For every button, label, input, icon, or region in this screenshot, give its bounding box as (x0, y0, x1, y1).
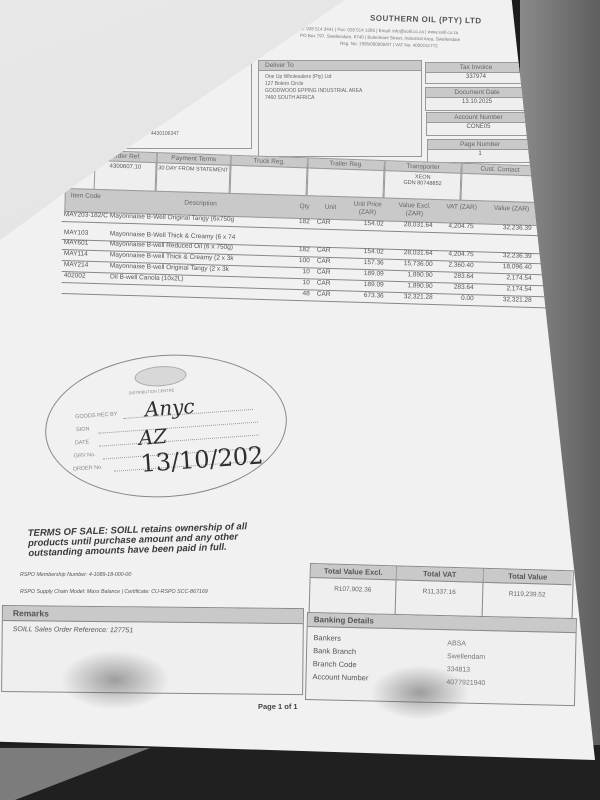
cell-vat: 283.64 (434, 272, 474, 280)
cell-value: 32,236.39 (480, 223, 532, 232)
cell-qty: 182 (288, 218, 310, 226)
cust-contact-header: Cust. Contact (462, 164, 537, 177)
cell-unit: CAR (317, 291, 331, 298)
total-excl-value: R107,902.36 (310, 578, 395, 594)
cell-excl: 32,321.28 (387, 293, 433, 301)
cell-code: MAY114 (64, 250, 88, 258)
total-value-value: R119,239.52 (483, 583, 571, 599)
stamp-date: DATE (75, 439, 90, 446)
cell-vat: 2,360.40 (434, 261, 474, 269)
company-name: SOUTHERN OIL (PTY) LTD (370, 14, 482, 26)
terms-of-sale: TERMS OF SALE: SOILL retains ownership o… (28, 521, 289, 559)
col-qty: Qty (293, 203, 315, 212)
account-ref: 4430106347 (151, 131, 179, 138)
cell-value: 18,096.40 (480, 262, 532, 271)
cell-unit: CAR (317, 219, 331, 226)
col-vat: VAT (ZAR) (441, 203, 481, 212)
cell-excl: 1,890.90 (387, 282, 433, 290)
company-reg: Reg. No: 1995/000000/07 | VAT No: 400015… (340, 41, 438, 49)
cell-desc: Mayonnaise B-Well Original Tangy (6x750g (110, 212, 235, 223)
bank-branch-label: Bank Branch (313, 646, 356, 656)
cell-desc: Mayonnaise B-well Reduced Oil (6 x 750g) (110, 240, 233, 251)
cell-excl (387, 239, 433, 240)
cell-vat: 4,204.75 (434, 250, 474, 258)
document-date-value: 13.10.2025 (426, 98, 528, 106)
page-number-box: Page Number 1 (427, 139, 533, 163)
page-number-label: Page Number (428, 140, 532, 150)
cell-code: MAY601 (64, 239, 89, 247)
stamp-goods-rec-by: GOODS REC BY (75, 411, 118, 420)
cell-qty: 10 (288, 268, 310, 276)
bankers-label: Bankers (313, 633, 341, 643)
cell-qty (288, 236, 310, 237)
cell-price: 157.36 (342, 258, 384, 266)
stamp-grv: GRV No. (74, 452, 96, 460)
account-number-label: Account Number (427, 113, 530, 123)
bankers-value: ABSA (447, 640, 466, 647)
account-number-box: Account Number CONE05 (426, 112, 531, 136)
cell-qty: 100 (288, 257, 310, 265)
stamp-logo (134, 364, 187, 388)
total-vat-value: R11,337.16 (396, 580, 482, 596)
bank-branch-value: Swellendam (447, 653, 485, 661)
cell-price: 154.02 (342, 219, 384, 227)
cell-unit: CAR (317, 258, 331, 265)
transporter-value: XEON GDN 80748852 (385, 171, 461, 190)
deliver-to-line: 127 Bolero Circle (265, 81, 415, 88)
cell-price (342, 237, 384, 238)
deliver-to-line: One Up Wholesalers (Pty) Ltd (265, 74, 415, 81)
stamp-sign: SIGN (76, 426, 90, 433)
rspo-membership: RSPO Membership Number: 4-1089-18-000-00 (20, 572, 131, 578)
tax-invoice-box: Tax Invoice 337974 (425, 62, 527, 84)
col-item-code: Item Code (68, 192, 104, 201)
account-number-label: Account Number (312, 672, 368, 682)
handwritten-initials: AZ (138, 424, 168, 450)
cell-code: MAY203-182/C (64, 211, 108, 219)
stamp-order: ORDER No. (73, 465, 103, 473)
cell-vat: 283.64 (434, 283, 474, 291)
account-number-value: CONE05 (427, 123, 530, 131)
truck-reg-header: Truck Reg. (232, 156, 307, 169)
tax-invoice-number: 337974 (426, 73, 526, 81)
cell-value: 32,236.39 (480, 251, 532, 260)
col-description: Description (111, 197, 291, 210)
cell-code: MAY214 (64, 261, 89, 269)
stamp-caption: DISTRIBUTION CENTRE (128, 387, 174, 395)
col-unit-price: Unit Price (ZAR) (345, 200, 389, 217)
cell-excl: 15,736.00 (387, 260, 433, 268)
cell-value (480, 241, 532, 243)
goods-received-stamp: DISTRIBUTION CENTRE GOODS REC BY SIGN DA… (40, 347, 291, 506)
page-footer: Page 1 of 1 (258, 702, 298, 711)
payment-terms-value: 30 DAY FROM STATEMENT (157, 163, 229, 176)
ink-smudge (370, 665, 470, 720)
cell-unit: CAR (317, 280, 331, 287)
cell-value: 32,321.28 (480, 295, 532, 304)
cell-vat (434, 240, 474, 241)
rspo-supply-chain: RSPO Supply Chain Model: Mass Balance | … (20, 589, 208, 595)
cell-unit: CAR (317, 247, 331, 254)
cell-qty: 182 (288, 246, 310, 254)
document-date-box: Document Date 13.10.2025 (425, 87, 529, 111)
cell-desc: Mayonnaise B-well Thick & Creamy (2 x 3k (110, 251, 234, 262)
deliver-to-line: GOODWOOD EPPING INDUSTRIAL AREA (265, 88, 415, 95)
cell-price: 154.02 (342, 247, 384, 255)
col-value-excl: Value Excl. (ZAR) (391, 202, 437, 219)
cell-excl: 28,031.64 (387, 221, 433, 229)
cell-code: 402002 (64, 272, 86, 280)
deliver-to-line: 7460 SOUTH AFRICA (265, 95, 415, 102)
remarks-text: SOILL Sales Order Reference: 127751 (3, 621, 303, 641)
handwritten-name: Anyc (144, 394, 195, 421)
col-value: Value (ZAR) (485, 204, 537, 214)
cell-value: 2,174.54 (480, 284, 532, 293)
cell-value: 2,174.54 (480, 273, 532, 282)
cell-desc: Oil B-well Canola (10x2L) (110, 273, 184, 282)
document-date-label: Document Date (426, 88, 528, 98)
cell-qty: 10 (288, 279, 310, 287)
deliver-to-box: Deliver To One Up Wholesalers (Pty) Ltd … (258, 60, 422, 157)
col-unit: Unit (319, 204, 341, 213)
cell-desc: Mayonnaise B-well Original Tangy (2 x 3k (110, 262, 229, 273)
cell-code: MAY103 (64, 229, 89, 237)
cell-vat: 4,204.75 (434, 222, 474, 230)
page-number-value: 1 (428, 150, 532, 158)
ink-smudge (60, 650, 170, 710)
cell-price: 189.09 (342, 269, 384, 277)
deliver-to-label: Deliver To (259, 61, 421, 71)
cell-vat: 0.00 (434, 294, 474, 302)
totals-table: Total Value Excl.R107,902.36 Total VATR1… (309, 563, 574, 620)
cell-excl: 1,890.90 (387, 271, 433, 279)
cell-unit: CAR (317, 269, 331, 276)
tax-invoice-label: Tax Invoice (426, 63, 526, 73)
trailer-reg-header: Trailer Reg. (308, 158, 383, 171)
cell-qty: 48 (288, 290, 310, 298)
cell-price: 189.09 (342, 280, 384, 288)
cell-price: 673.36 (342, 291, 384, 299)
cell-excl: 28,031.64 (387, 249, 433, 257)
branch-code-label: Branch Code (313, 659, 357, 669)
